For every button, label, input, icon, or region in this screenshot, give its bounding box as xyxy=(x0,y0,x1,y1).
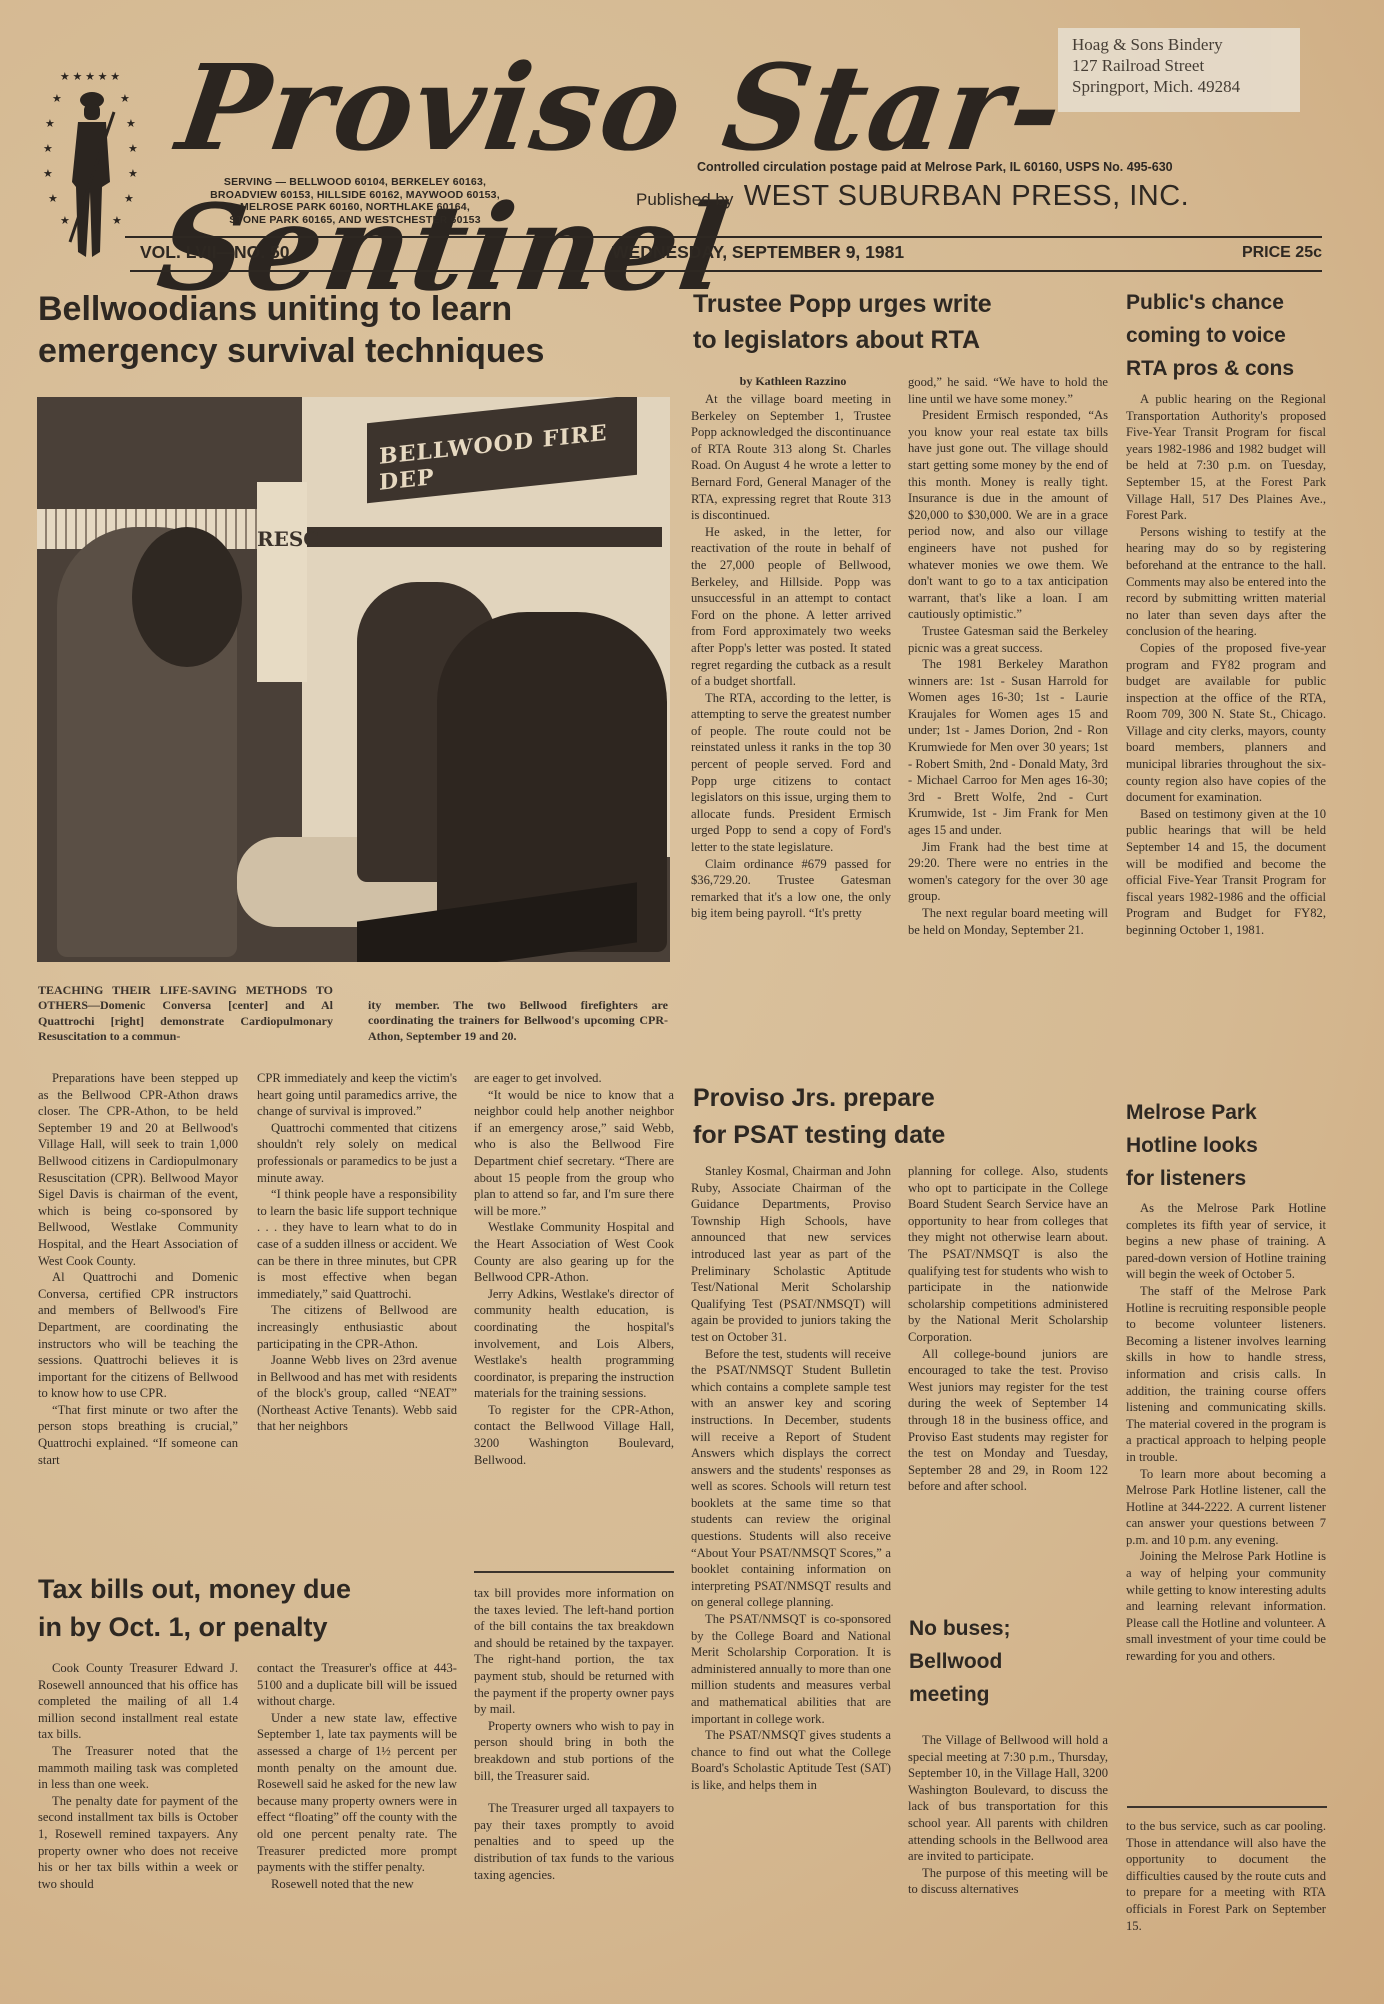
headline-line: Bellwoodians uniting to learn xyxy=(38,288,678,330)
paragraph: Preparations have been stepped up as the… xyxy=(38,1070,238,1269)
paragraph: The Village of Bellwood will hold a spec… xyxy=(908,1732,1108,1865)
svg-text:★: ★ xyxy=(128,168,138,180)
photo-rescue-text: RESC xyxy=(257,482,307,682)
paragraph: Property owners who wish to pay in perso… xyxy=(474,1718,674,1784)
paragraph: He asked, in the letter, for reactivatio… xyxy=(691,524,891,690)
photo-caption-left: TEACHING THEIR LIFE-SAVING METHODS TO OT… xyxy=(38,983,333,1045)
mailing-label-line: Hoag & Sons Bindery xyxy=(1072,34,1286,55)
paragraph: Based on testimony given at the 10 publi… xyxy=(1126,806,1326,939)
postage-notice: Controlled circulation postage paid at M… xyxy=(697,160,1297,174)
svg-text:★: ★ xyxy=(45,118,55,130)
headline-line: in by Oct. 1, or penalty xyxy=(38,1608,478,1646)
paragraph: good,” he said. “We have to hold the lin… xyxy=(908,374,1108,407)
svg-text:★: ★ xyxy=(60,215,70,227)
paragraph: are eager to get involved. xyxy=(474,1070,674,1087)
headline-line: RTA pros & cons xyxy=(1126,352,1326,385)
minuteman-logo-icon: ★ ★ ★ ★ ★ ★★ ★★ ★★ ★★ ★★ ★★ xyxy=(40,52,140,272)
cpr-column-1: Preparations have been stepped up as the… xyxy=(38,1070,238,1468)
paragraph: The Treasurer noted that the mammoth mai… xyxy=(38,1743,238,1793)
masthead-rule-top xyxy=(125,236,1322,238)
paragraph: Rosewell noted that the new xyxy=(257,1876,457,1893)
dateline: VOL. LVII—NO. 50 WEDNESDAY, SEPTEMBER 9,… xyxy=(140,240,1322,266)
issue-date: WEDNESDAY, SEPTEMBER 9, 1981 xyxy=(612,242,904,263)
mailing-label-line: 127 Railroad Street xyxy=(1072,55,1286,76)
paragraph: A public hearing on the Regional Transpo… xyxy=(1126,391,1326,524)
headline-line: for listeners xyxy=(1126,1162,1326,1195)
buses-continued-column: to the bus service, such as car pooling.… xyxy=(1126,1818,1326,1934)
paragraph: Under a new state law, effective Septemb… xyxy=(257,1710,457,1876)
paragraph: The staff of the Melrose Park Hotline is… xyxy=(1126,1283,1326,1466)
psat-column-2: planning for college. Also, students who… xyxy=(908,1163,1108,1495)
paragraph: The next regular board meeting will be h… xyxy=(908,905,1108,938)
headline-popp: Trustee Popp urges write to legislators … xyxy=(693,286,1113,358)
paragraph: As the Melrose Park Hotline completes it… xyxy=(1126,1200,1326,1283)
headline-line: Melrose Park xyxy=(1126,1096,1326,1129)
publisher-name: WEST SUBURBAN PRESS, INC. xyxy=(744,180,1189,212)
service-area-line: SERVING — BELLWOOD 60104, BERKELEY 60163… xyxy=(175,176,535,189)
tax-column-2: contact the Treasurer's office at 443-51… xyxy=(257,1660,457,1892)
svg-text:★: ★ xyxy=(52,93,62,105)
paragraph: The purpose of this meeting will be to d… xyxy=(908,1865,1108,1898)
headline-line: emergency survival techniques xyxy=(38,330,678,372)
paragraph: To register for the CPR-Athon, contact t… xyxy=(474,1402,674,1468)
cpr-column-2: CPR immediately and keep the victim's he… xyxy=(257,1070,457,1435)
popp-column-2: good,” he said. “We have to hold the lin… xyxy=(908,374,1108,938)
published-by-label: Published by xyxy=(636,190,733,209)
paragraph: CPR immediately and keep the victim's he… xyxy=(257,1070,457,1120)
paragraph: Claim ordinance #679 passed for $36,729.… xyxy=(691,856,891,922)
svg-text:★: ★ xyxy=(124,193,134,205)
paragraph: “It would be nice to know that a neighbo… xyxy=(474,1087,674,1220)
column-divider xyxy=(474,1571,674,1573)
headline-tax: Tax bills out, money due in by Oct. 1, o… xyxy=(38,1570,478,1646)
service-area-line: MELROSE PARK 60160, NORTHLAKE 60164, xyxy=(175,201,535,214)
publisher-line: Published by WEST SUBURBAN PRESS, INC. xyxy=(636,180,1336,213)
svg-text:★: ★ xyxy=(128,143,138,155)
popp-column-1: At the village board meeting in Berkeley… xyxy=(691,391,891,922)
paragraph: planning for college. Also, students who… xyxy=(908,1163,1108,1346)
headline-line: Hotline looks xyxy=(1126,1129,1326,1162)
headline-line: Tax bills out, money due xyxy=(38,1570,478,1608)
headline-line: for PSAT testing date xyxy=(693,1117,1113,1154)
paragraph: Before the test, students will receive t… xyxy=(691,1346,891,1612)
headline-line: No buses; xyxy=(909,1612,1109,1645)
price: PRICE 25c xyxy=(1242,244,1322,262)
rta-hearing-column: A public hearing on the Regional Transpo… xyxy=(1126,391,1326,939)
tax-column-3: tax bill provides more information on th… xyxy=(474,1585,674,1883)
paragraph: Westlake Community Hospital and the Hear… xyxy=(474,1219,674,1285)
hotline-column: As the Melrose Park Hotline completes it… xyxy=(1126,1200,1326,1665)
cpr-demonstration-photo: BELLWOOD FIRE DEP RESC xyxy=(37,397,670,962)
mailing-label-line: Springport, Mich. 49284 xyxy=(1072,76,1286,97)
paragraph: Cook County Treasurer Edward J. Rosewell… xyxy=(38,1660,238,1743)
photo-caption-right: ity member. The two Bellwood firefighter… xyxy=(368,998,668,1044)
svg-text:★: ★ xyxy=(43,143,53,155)
buses-column: The Village of Bellwood will hold a spec… xyxy=(908,1732,1108,1898)
service-area: SERVING — BELLWOOD 60104, BERKELEY 60163… xyxy=(175,176,535,226)
headline-line: to legislators about RTA xyxy=(693,322,1113,358)
paragraph: Joining the Melrose Park Hotline is a wa… xyxy=(1126,1548,1326,1664)
masthead-rule-bottom xyxy=(130,270,1322,272)
paragraph: The 1981 Berkeley Marathon winners are: … xyxy=(908,656,1108,839)
headline-rta-hearing: Public's chance coming to voice RTA pros… xyxy=(1126,286,1326,385)
psat-column-1: Stanley Kosmal, Chairman and John Ruby, … xyxy=(691,1163,891,1794)
headline-hotline: Melrose Park Hotline looks for listeners xyxy=(1126,1096,1326,1195)
paragraph: “I think people have a responsibility to… xyxy=(257,1186,457,1302)
byline: by Kathleen Razzino xyxy=(693,373,893,390)
paragraph: contact the Treasurer's office at 443-51… xyxy=(257,1660,457,1710)
photo-person-left-hair xyxy=(132,527,242,667)
photo-truck-stripe xyxy=(302,527,662,547)
service-area-line: STONE PARK 60165, AND WESTCHESTER 60153 xyxy=(175,214,535,227)
headline-cpr: Bellwoodians uniting to learn emergency … xyxy=(38,288,678,372)
headline-buses: No buses; Bellwood meeting xyxy=(909,1612,1109,1711)
headline-line: meeting xyxy=(909,1678,1109,1711)
paragraph: Joanne Webb lives on 23rd avenue in Bell… xyxy=(257,1352,457,1435)
headline-line: Bellwood xyxy=(909,1645,1109,1678)
headline-psat: Proviso Jrs. prepare for PSAT testing da… xyxy=(693,1080,1113,1154)
paragraph: The citizens of Bellwood are increasingl… xyxy=(257,1302,457,1352)
svg-text:★: ★ xyxy=(120,93,130,105)
paragraph: Copies of the proposed five-year program… xyxy=(1126,640,1326,806)
paragraph: The RTA, according to the letter, is att… xyxy=(691,690,891,856)
paragraph: “That first minute or two after the pers… xyxy=(38,1402,238,1468)
svg-text:★: ★ xyxy=(112,215,122,227)
svg-text:★: ★ xyxy=(126,118,136,130)
paragraph: The PSAT/NMSQT is co-sponsored by the Co… xyxy=(691,1611,891,1727)
svg-text:★: ★ xyxy=(43,168,53,180)
cpr-column-3: are eager to get involved. “It would be … xyxy=(474,1070,674,1468)
service-area-line: BROADVIEW 60153, HILLSIDE 60162, MAYWOOD… xyxy=(175,189,535,202)
column-divider xyxy=(1127,1806,1327,1808)
headline-line: Public's chance xyxy=(1126,286,1326,319)
paragraph: Jerry Adkins, Westlake's director of com… xyxy=(474,1286,674,1402)
mailing-label: Hoag & Sons Bindery 127 Railroad Street … xyxy=(1058,28,1300,112)
headline-line: Proviso Jrs. prepare xyxy=(693,1080,1113,1117)
paragraph: to the bus service, such as car pooling.… xyxy=(1126,1818,1326,1934)
tax-column-1: Cook County Treasurer Edward J. Rosewell… xyxy=(38,1660,238,1892)
svg-text:★: ★ xyxy=(48,193,58,205)
paragraph: The PSAT/NMSQT gives students a chance t… xyxy=(691,1727,891,1793)
headline-line: coming to voice xyxy=(1126,319,1326,352)
paragraph: The Treasurer urged all taxpayers to pay… xyxy=(474,1800,674,1883)
paragraph: Al Quattrochi and Domenic Conversa, cert… xyxy=(38,1269,238,1402)
headline-line: Trustee Popp urges write xyxy=(693,286,1113,322)
paragraph: Trustee Gatesman said the Berkeley picni… xyxy=(908,623,1108,656)
svg-text:★ ★ ★ ★ ★: ★ ★ ★ ★ ★ xyxy=(60,71,120,83)
volume-number: VOL. LVII—NO. 50 xyxy=(140,242,289,263)
paragraph: All college-bound juniors are encouraged… xyxy=(908,1346,1108,1495)
paragraph: At the village board meeting in Berkeley… xyxy=(691,391,891,524)
paragraph: Quattrochi commented that citizens shoul… xyxy=(257,1120,457,1186)
paragraph: To learn more about becoming a Melrose P… xyxy=(1126,1466,1326,1549)
paragraph: tax bill provides more information on th… xyxy=(474,1585,674,1718)
paragraph: The penalty date for payment of the seco… xyxy=(38,1793,238,1893)
paragraph: President Ermisch responded, “As you kno… xyxy=(908,407,1108,623)
paragraph: Persons wishing to testify at the hearin… xyxy=(1126,524,1326,640)
paragraph: Stanley Kosmal, Chairman and John Ruby, … xyxy=(691,1163,891,1346)
paragraph: Jim Frank had the best time at 29:20. Th… xyxy=(908,839,1108,905)
